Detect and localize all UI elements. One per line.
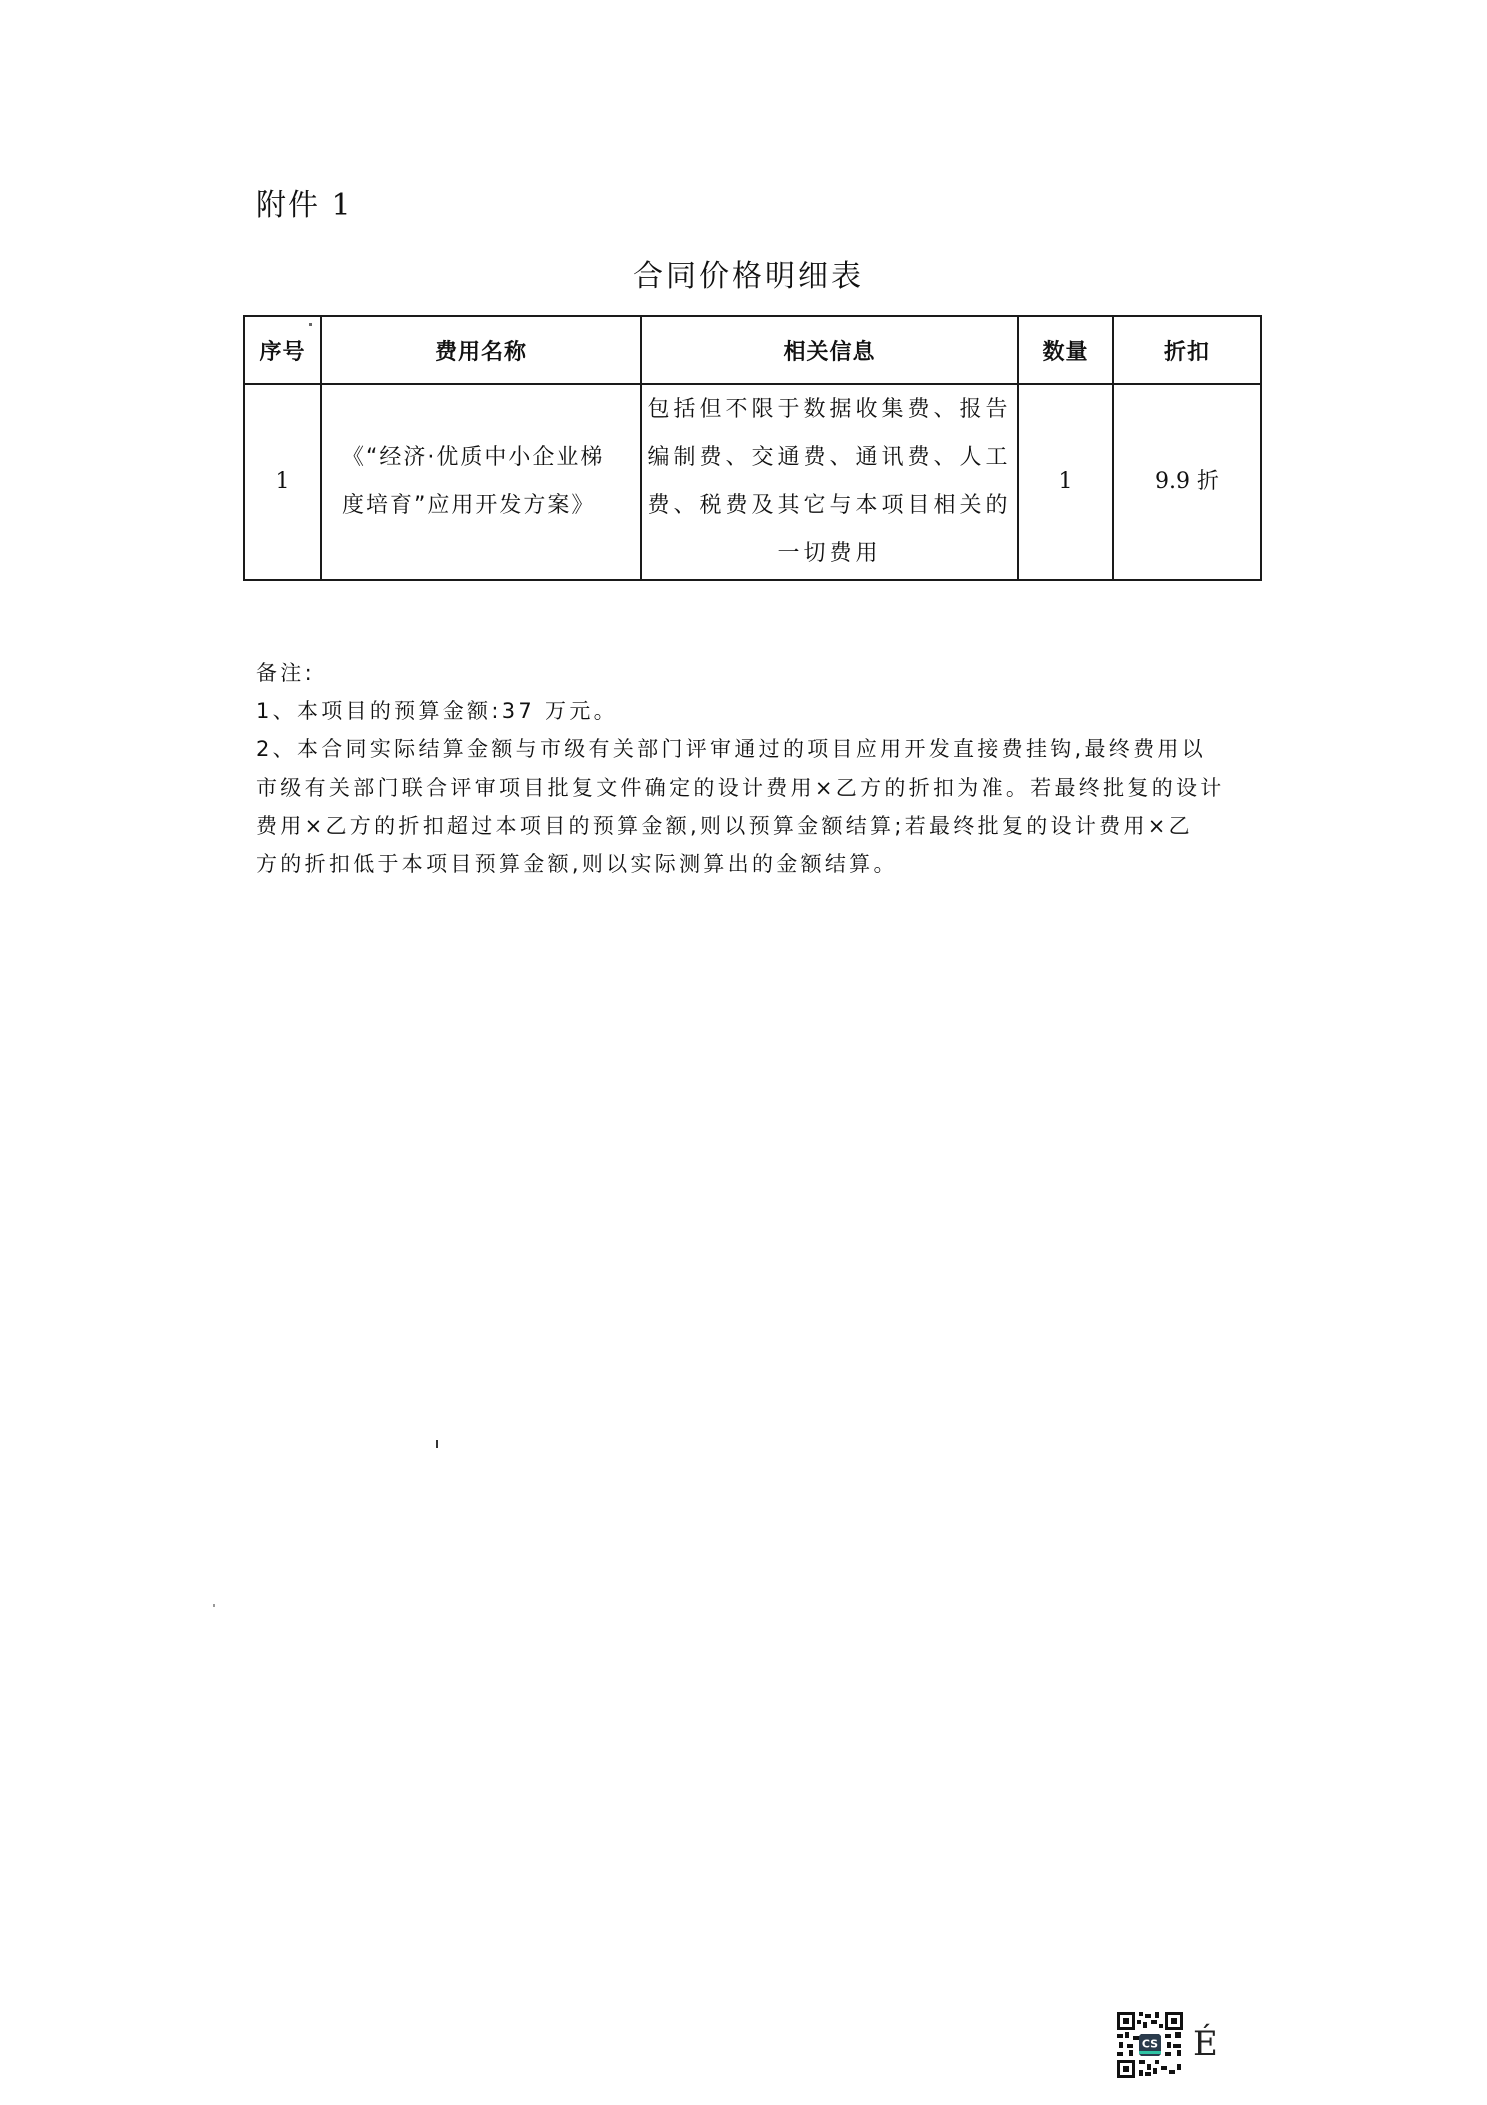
column-header-index: 序号 bbox=[244, 316, 321, 384]
note-line: 1、本项目的预算金额:37 万元。 bbox=[256, 692, 1266, 730]
cell-index: 1 bbox=[244, 384, 321, 580]
table-row: 1 《“经济·优质中小企业梯 度培育”应用开发方案》 包括但不限于数据收集费、报… bbox=[244, 384, 1261, 580]
note-line: 方的折扣低于本项目预算金额,则以实际测算出的金额结算。 bbox=[256, 845, 1266, 883]
document-title: 合同价格明细表 bbox=[633, 258, 864, 296]
related-info-line: 包括但不限于数据收集费、报告 bbox=[642, 386, 1017, 434]
cell-fee-name: 《“经济·优质中小企业梯 度培育”应用开发方案》 bbox=[321, 384, 641, 580]
scan-artifact-dot bbox=[213, 1604, 215, 1607]
scan-artifact-mark bbox=[436, 1440, 438, 1448]
cell-related-info: 包括但不限于数据收集费、报告 编制费、交通费、通讯费、人工 费、税费及其它与本项… bbox=[641, 384, 1018, 580]
notes-heading: 备注: bbox=[256, 654, 1266, 692]
contract-price-table: 序号 费用名称 相关信息 数量 折扣 1 《“经济·优质中小企业梯 度培育”应用… bbox=[243, 315, 1262, 581]
notes-section: 备注: 1、本项目的预算金额:37 万元。 2、本合同实际结算金额与市级有关部门… bbox=[256, 654, 1266, 883]
related-info-line: 一切费用 bbox=[642, 530, 1017, 578]
scan-artifact-dot bbox=[309, 323, 312, 326]
related-info-line: 费、税费及其它与本项目相关的 bbox=[642, 482, 1017, 530]
column-header-quantity: 数量 bbox=[1018, 316, 1113, 384]
note-line: 费用×乙方的折扣超过本项目的预算金额,则以预算金额结算;若最终批复的设计费用×乙 bbox=[256, 807, 1266, 845]
note-line: 市级有关部门联合评审项目批复文件确定的设计费用×乙方的折扣为准。若最终批复的设计 bbox=[256, 769, 1266, 807]
cell-quantity: 1 bbox=[1018, 384, 1113, 580]
attachment-label: 附件 1 bbox=[256, 188, 353, 224]
column-header-discount: 折扣 bbox=[1113, 316, 1261, 384]
qr-code-icon: CS bbox=[1117, 2012, 1183, 2078]
note-line: 2、本合同实际结算金额与市级有关部门评审通过的项目应用开发直接费挂钩,最终费用以 bbox=[256, 730, 1266, 768]
qr-badge-text: CS bbox=[1142, 2038, 1158, 2051]
trailing-mark: É bbox=[1193, 2024, 1218, 2064]
column-header-related-info: 相关信息 bbox=[641, 316, 1018, 384]
fee-name-line: 度培育”应用开发方案》 bbox=[342, 482, 634, 530]
cell-discount: 9.9 折 bbox=[1113, 384, 1261, 580]
column-header-fee-name: 费用名称 bbox=[321, 316, 641, 384]
related-info-line: 编制费、交通费、通讯费、人工 bbox=[642, 434, 1017, 482]
table-header-row: 序号 费用名称 相关信息 数量 折扣 bbox=[244, 316, 1261, 384]
fee-name-line: 《“经济·优质中小企业梯 bbox=[342, 434, 634, 482]
